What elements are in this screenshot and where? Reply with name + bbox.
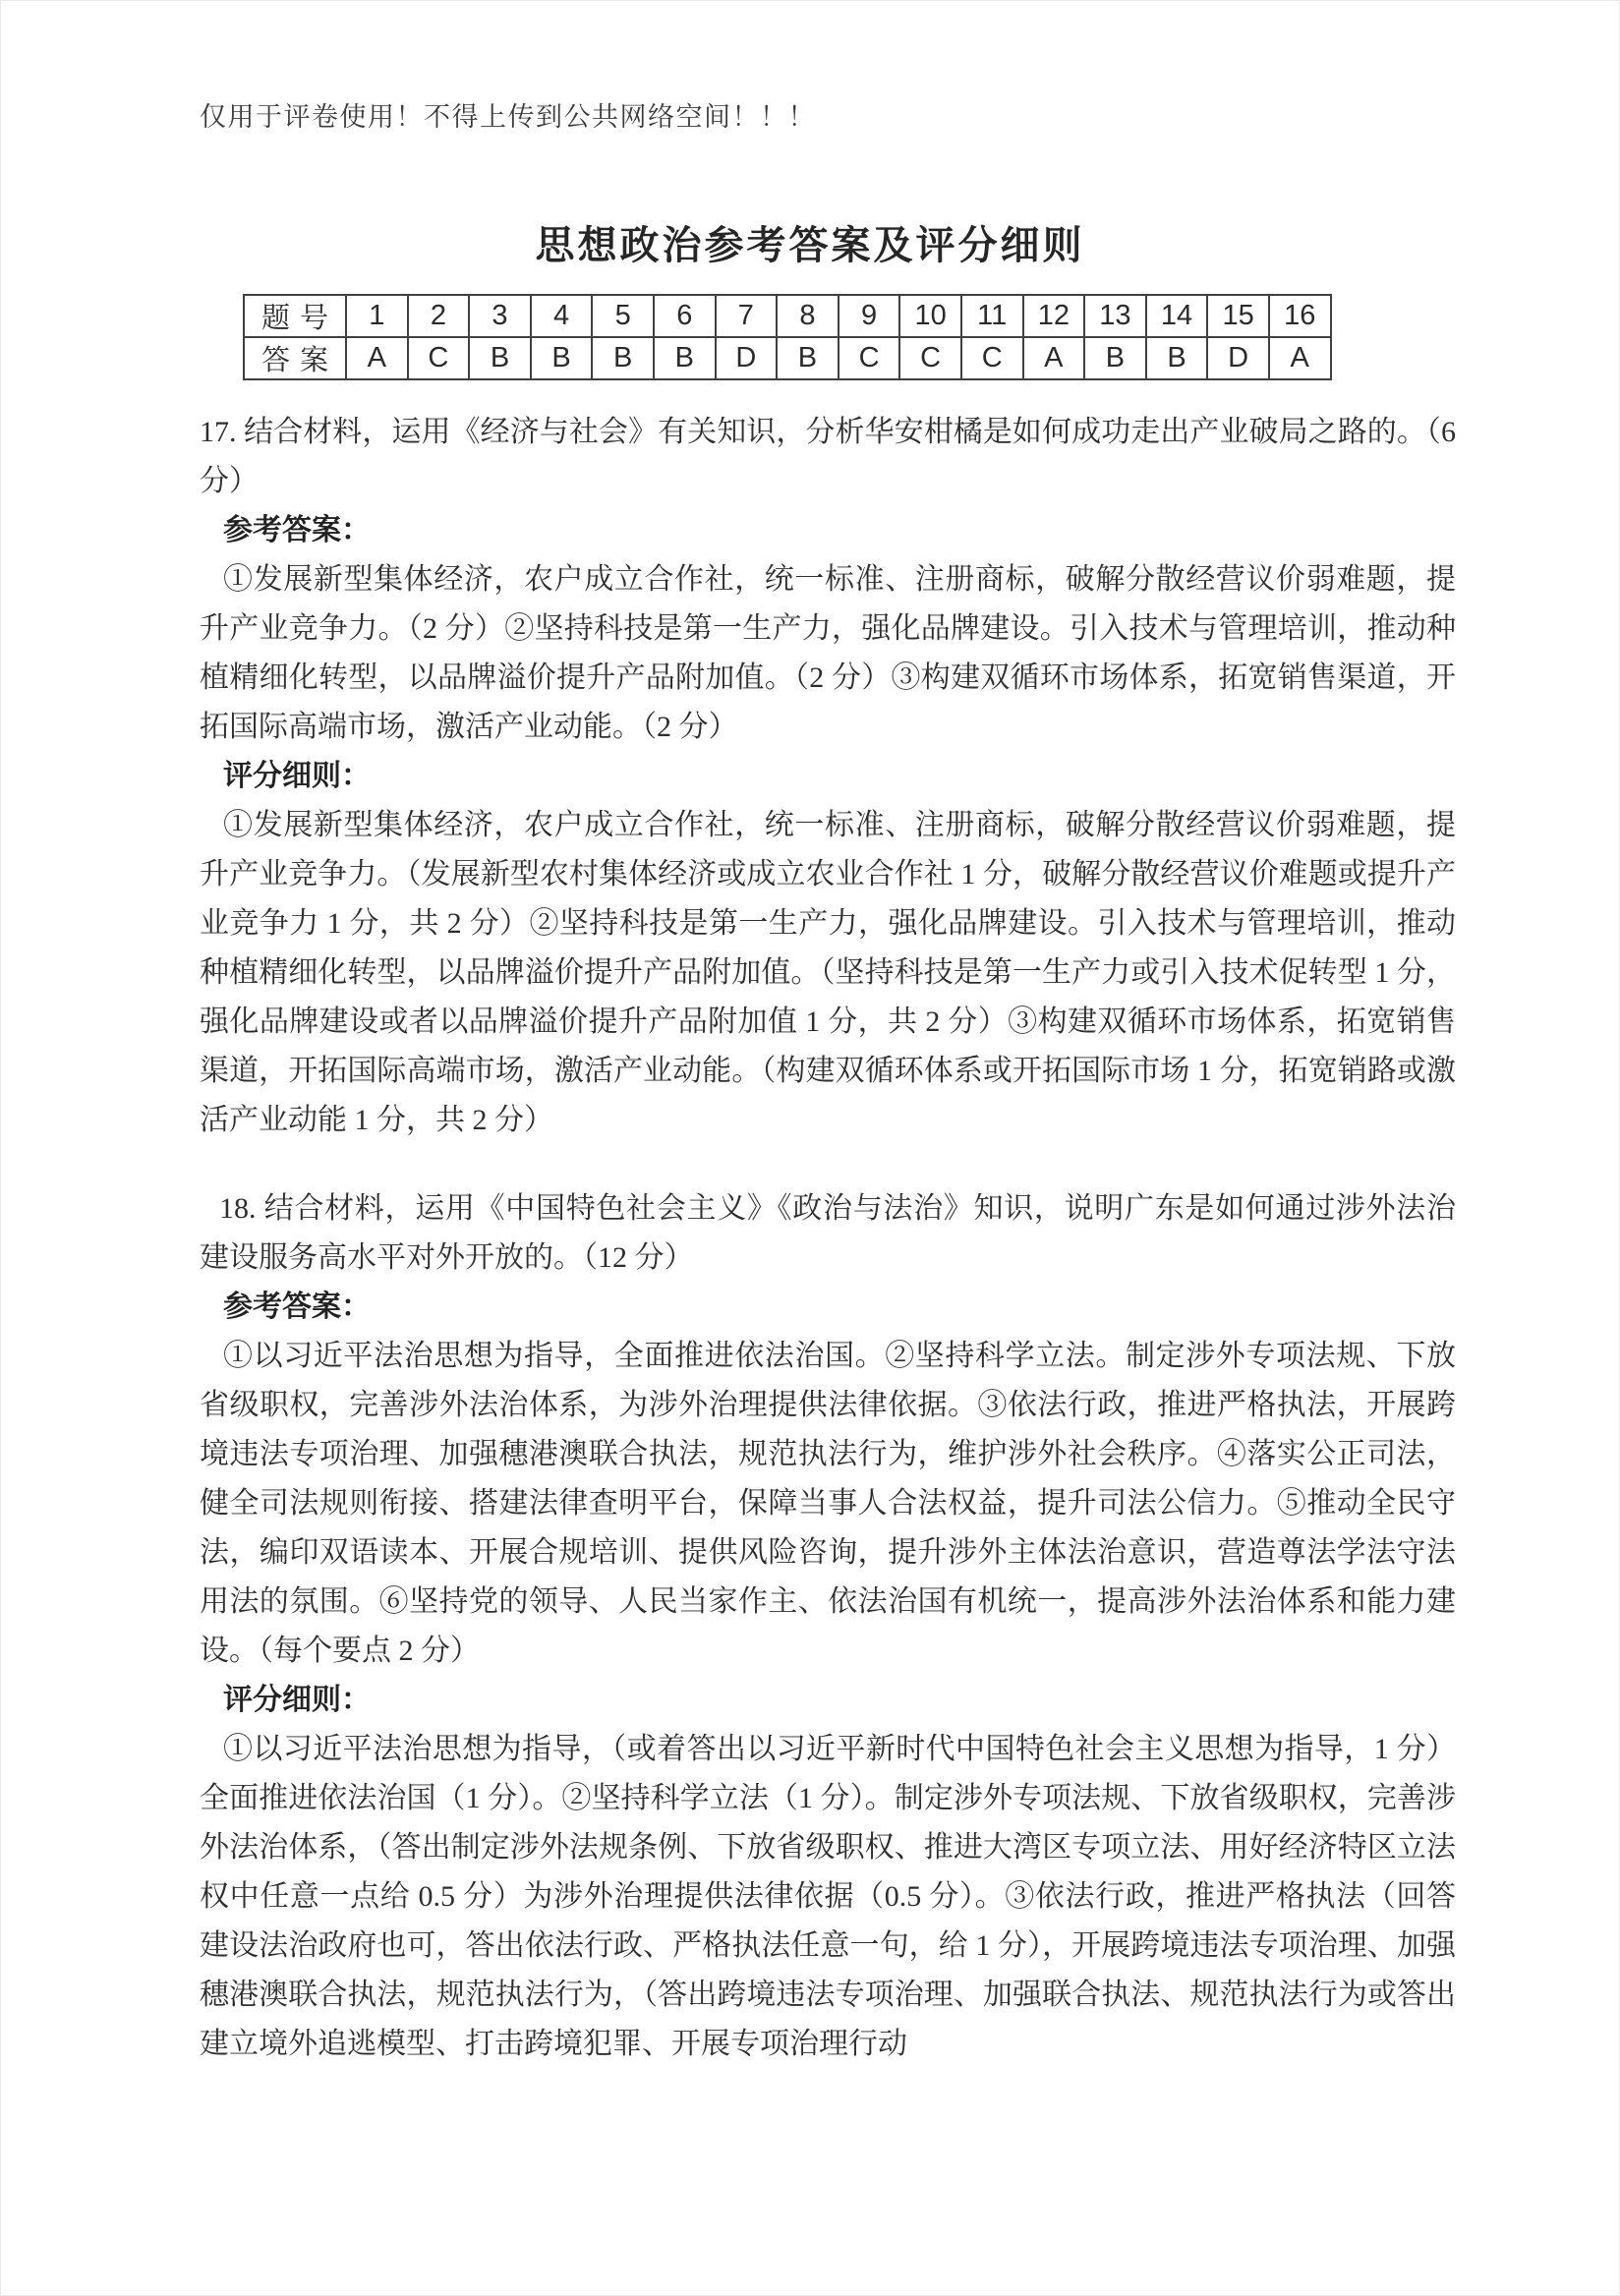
answer-table-cell: B [777,337,839,379]
answer-table-cell: 7 [716,295,778,337]
answer-table-cell: 10 [899,295,961,337]
document-title: 思想政治参考答案及评分细则 [1,214,1619,270]
answer-table-cell: 14 [1146,295,1208,337]
answer-table-cell: 6 [654,295,716,337]
answer-table-row: 题号12345678910111213141516 [244,295,1331,337]
answer-table-cell: 4 [531,295,593,337]
question-17-text: 17. 结合材料，运用《经济与社会》有关知识，分析华安柑橘是如何成功走出产业破局… [200,408,1456,506]
question-18-reference-answer-heading: 参考答案： [200,1283,1456,1332]
question-18-text: 18. 结合材料，运用《中国特色社会主义》《政治与法治》知识，说明广东是如何通过… [200,1184,1456,1283]
confidentiality-notice: 仅用于评卷使用！不得上传到公共网络空间！！！ [200,1,1619,134]
answer-table-cell: B [1146,337,1208,379]
answer-table-cell: B [592,337,654,379]
question-17-reference-answer-text: ①发展新型集体经济，农户成立合作社，统一标准、注册商标，破解分散经营议价弱难题，… [200,555,1456,752]
question-17-rubric-heading: 评分细则： [200,752,1456,801]
answer-table-cell: D [716,337,778,379]
answer-table-cell: 3 [469,295,531,337]
answer-table-cell: A [1269,337,1331,379]
answer-table-row-header: 答案 [244,337,346,379]
answer-table-cell: C [839,337,900,379]
answer-table-cell: C [408,337,470,379]
answer-table-row-header: 题号 [244,295,346,337]
answer-table-cell: B [1084,337,1146,379]
question-18-rubric-heading: 评分细则： [200,1676,1456,1725]
answer-table-cell: B [469,337,531,379]
answer-table-cell: 9 [839,295,900,337]
answer-table-cell: 8 [777,295,839,337]
answer-key-table: 题号12345678910111213141516答案ACBBBBDBCCCAB… [243,294,1332,380]
answer-table-body: 题号12345678910111213141516答案ACBBBBDBCCCAB… [244,295,1331,379]
answer-table-cell: D [1207,337,1269,379]
answer-table-cell: 5 [592,295,654,337]
question-17-rubric-text: ①发展新型集体经济，农户成立合作社，统一标准、注册商标，破解分散经营议价弱难题，… [200,801,1456,1145]
question-17-reference-answer-heading: 参考答案： [200,506,1456,555]
answer-table-cell: A [1023,337,1085,379]
answer-table-cell: B [654,337,716,379]
answer-table-row: 答案ACBBBBDBCCCABBDA [244,337,1331,379]
answer-table-cell: 13 [1084,295,1146,337]
question-18-rubric-text: ①以习近平法治思想为指导，（或着答出以习近平新时代中国特色社会主义思想为指导，1… [200,1725,1456,2069]
answer-table-cell: 2 [408,295,470,337]
answer-table-cell: 1 [346,295,408,337]
answer-table-cell: 12 [1023,295,1085,337]
document-body: 17. 结合材料，运用《经济与社会》有关知识，分析华安柑橘是如何成功走出产业破局… [200,408,1456,2069]
answer-table-cell: 11 [961,295,1023,337]
answer-table-cell: B [531,337,593,379]
answer-table-cell: 16 [1269,295,1331,337]
answer-table-cell: 15 [1207,295,1269,337]
document-page: 仅用于评卷使用！不得上传到公共网络空间！！！ 思想政治参考答案及评分细则 题号1… [0,0,1620,2296]
answer-table-cell: C [961,337,1023,379]
question-18-reference-answer-text: ①以习近平法治思想为指导，全面推进依法治国。②坚持科学立法。制定涉外专项法规、下… [200,1332,1456,1676]
answer-table-cell: C [899,337,961,379]
answer-table-cell: A [346,337,408,379]
